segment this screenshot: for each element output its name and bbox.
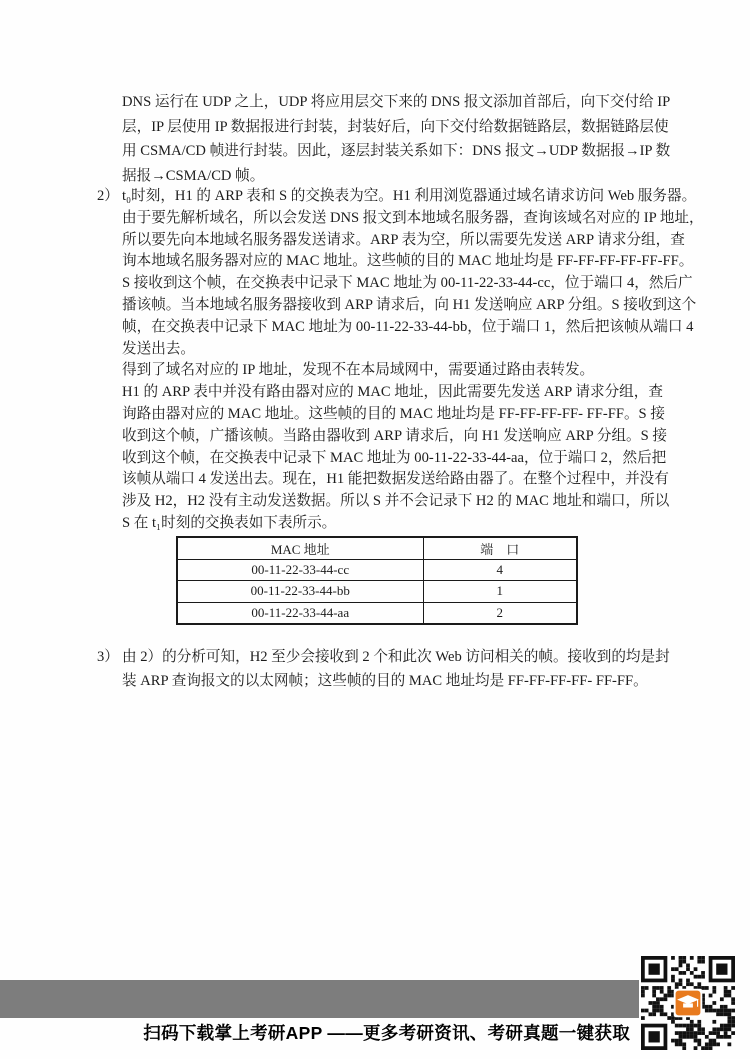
text-line: t₀时刻，H1 的 ARP 表和 S 的交换表为空。H1 利用浏览器通过域名请求… — [122, 186, 704, 208]
table-row: 00-11-22-33-44-cc 4 — [177, 559, 577, 581]
text-line: 收到这个帧，广播该帧。当路由器收到 ARP 请求后，向 H1 发送响应 ARP … — [122, 426, 704, 448]
text-line: 播该帧。当本地域名服务器接收到 ARP 请求后，向 H1 发送响应 ARP 分组… — [122, 295, 704, 317]
table-row: 00-11-22-33-44-bb 1 — [177, 581, 577, 603]
switch-table: MAC 地址 端 口 00-11-22-33-44-cc 4 00-11-22-… — [176, 536, 578, 625]
text-line: 涉及 H2，H2 没有主动发送数据。所以 S 并不会记录下 H2 的 MAC 地… — [122, 491, 704, 513]
text-line: 收到这个帧，在交换表中记录下 MAC 地址为 00-11-22-33-44-aa… — [122, 448, 704, 470]
list-marker-3: 3） — [97, 645, 119, 669]
header-port: 端 口 — [423, 537, 577, 559]
list-marker-2: 2） — [97, 186, 119, 208]
text-line: H1 的 ARP 表中并没有路由器对应的 MAC 地址，因此需要先发送 ARP … — [122, 382, 704, 404]
text-line: DNS 运行在 UDP 之上，UDP 将应用层交下来的 DNS 报文添加首部后，… — [122, 90, 670, 115]
text-line: 由 2）的分析可知，H2 至少会接收到 2 个和此次 Web 访问相关的帧。接收… — [122, 645, 670, 669]
text-line: 询本地域名服务器对应的 MAC 地址。这些帧的目的 MAC 地址均是 FF-FF… — [122, 251, 704, 273]
cell-port: 2 — [423, 602, 577, 624]
paragraph-item-3: 由 2）的分析可知，H2 至少会接收到 2 个和此次 Web 访问相关的帧。接收… — [122, 645, 670, 693]
text-line: 发送出去。 — [122, 339, 704, 361]
text-line: 所以要先向本地域名服务器发送请求。ARP 表为空，所以需要先发送 ARP 请求分… — [122, 230, 704, 252]
cell-port: 4 — [423, 559, 577, 581]
qr-code-icon — [641, 956, 735, 1050]
cell-port: 1 — [423, 581, 577, 603]
text-line: 层，IP 层使用 IP 数据报进行封装，封装好后，向下交付给数据链路层，数据链路… — [122, 115, 670, 140]
text-line: S 接收到这个帧，在交换表中记录下 MAC 地址为 00-11-22-33-44… — [122, 273, 704, 295]
text-line: 该帧从端口 4 发送出去。现在，H1 能把数据发送给路由器了。在整个过程中，并没… — [122, 469, 704, 491]
paragraph-item-2: t₀时刻，H1 的 ARP 表和 S 的交换表为空。H1 利用浏览器通过域名请求… — [122, 186, 704, 535]
text-line: 询路由器对应的 MAC 地址。这些帧的目的 MAC 地址均是 FF-FF-FF-… — [122, 404, 704, 426]
cell-mac: 00-11-22-33-44-cc — [177, 559, 423, 581]
header-mac-address: MAC 地址 — [177, 537, 423, 559]
text-line: 据报→CSMA/CD 帧。 — [122, 164, 670, 189]
text-line: 帧，在交换表中记录下 MAC 地址为 00-11-22-33-44-bb，位于端… — [122, 317, 704, 339]
cell-mac: 00-11-22-33-44-bb — [177, 581, 423, 603]
table-row: 00-11-22-33-44-aa 2 — [177, 602, 577, 624]
text-line: 得到了域名对应的 IP 地址，发现不在本局域网中，需要通过路由表转发。 — [122, 360, 704, 382]
text-line: 由于要先解析域名，所以会发送 DNS 报文到本地域名服务器，查询该域名对应的 I… — [122, 208, 704, 230]
footer-gray-bar — [0, 980, 639, 1018]
document-page: DNS 运行在 UDP 之上，UDP 将应用层交下来的 DNS 报文添加首部后，… — [0, 0, 750, 1059]
qr-code — [641, 956, 735, 1050]
text-line: 装 ARP 查询报文的以太网帧；这些帧的目的 MAC 地址均是 FF-FF-FF… — [122, 669, 670, 693]
cell-mac: 00-11-22-33-44-aa — [177, 602, 423, 624]
text-line: 用 CSMA/CD 帧进行封装。因此，逐层封装关系如下：DNS 报文→UDP 数… — [122, 139, 670, 164]
footer-promo-text: 扫码下载掌上考研APP ——更多考研资讯、考研真题一键获取 — [100, 1020, 630, 1045]
text-line: S 在 t₁时刻的交换表如下表所示。 — [122, 513, 704, 535]
paragraph-dns-encapsulation: DNS 运行在 UDP 之上，UDP 将应用层交下来的 DNS 报文添加首部后，… — [122, 90, 670, 188]
table-header-row: MAC 地址 端 口 — [177, 537, 577, 559]
